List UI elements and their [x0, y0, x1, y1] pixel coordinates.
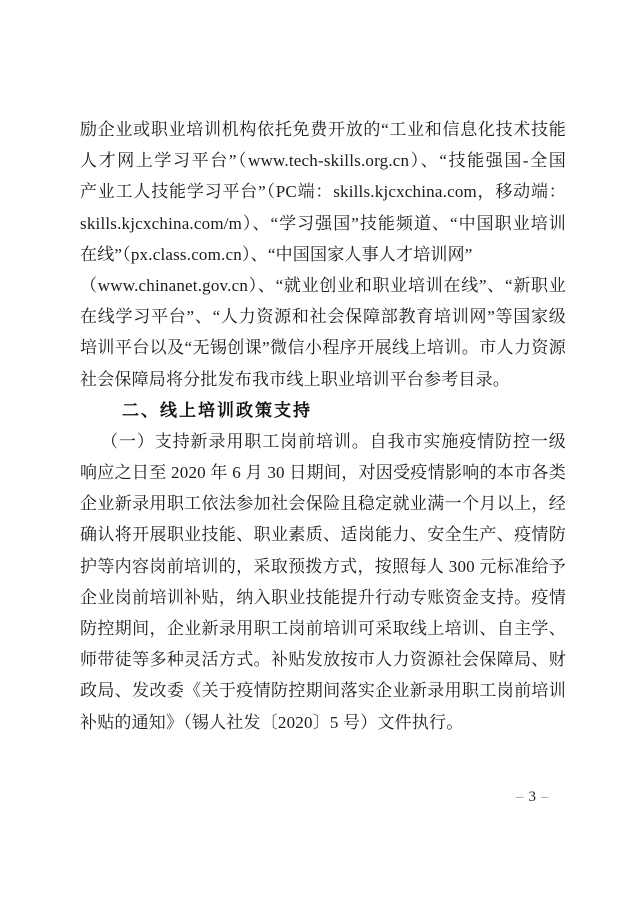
paragraph1-line-1: 励企业或职业培训机构依托免费开放的“工业和信息化技术技能 — [80, 114, 566, 145]
document-page: 励企业或职业培训机构依托免费开放的“工业和信息化技术技能 人才网上学习平台”（w… — [0, 0, 640, 905]
paragraph2-line-4: 确认将开展职业技能、职业素质、适岗能力、安全生产、疫情防 — [80, 519, 566, 550]
page-number-dash-right: – — [541, 789, 549, 805]
page-number-dash-left: – — [516, 789, 524, 805]
paragraph1-line-6: （www.chinanet.gov.cn）、“就业创业和职业培训在线”、“新职业 — [80, 270, 566, 301]
paragraph2-line-7: 防控期间，企业新录用职工岗前培训可采取线上培训、自主学、 — [80, 613, 566, 644]
paragraph2-line-5: 护等内容岗前培训的，采取预拨方式，按照每人 300 元标准给予 — [80, 551, 566, 582]
document-body: 励企业或职业培训机构依托免费开放的“工业和信息化技术技能 人才网上学习平台”（w… — [80, 114, 566, 738]
section-heading: 二、线上培训政策支持 — [80, 395, 566, 426]
paragraph2-line-2: 响应之日至 2020 年 6 月 30 日期间，对因受疫情影响的本市各类 — [80, 457, 566, 488]
paragraph1-line-8: 培训平台以及“无锡创课”微信小程序开展线上培训。市人力资源 — [80, 332, 566, 363]
page-number: –3– — [511, 787, 554, 807]
page-number-value: 3 — [529, 789, 537, 805]
paragraph1-line-4: skills.kjcxchina.com/m）、“学习强国”技能频道、“中国职业… — [80, 208, 566, 239]
paragraph1-line-7: 在线学习平台”、“人力资源和社会保障部教育培训网”等国家级 — [80, 301, 566, 332]
paragraph2-line-3: 企业新录用职工依法参加社会保险且稳定就业满一个月以上，经 — [80, 488, 566, 519]
paragraph2-line-1: （一）支持新录用职工岗前培训。自我市实施疫情防控一级 — [80, 426, 566, 457]
paragraph1-line-2: 人才网上学习平台”（www.tech-skills.org.cn）、“技能强国-… — [80, 145, 566, 176]
paragraph1-line-3: 产业工人技能学习平台”（PC端：skills.kjcxchina.com，移动端… — [80, 176, 566, 207]
paragraph1-line-9: 社会保障局将分批发布我市线上职业培训平台参考目录。 — [80, 364, 566, 395]
paragraph2-line-8: 师带徒等多种灵活方式。补贴发放按市人力资源社会保障局、财 — [80, 644, 566, 675]
paragraph2-line-10: 补贴的通知》（锡人社发〔2020〕5 号）文件执行。 — [80, 707, 566, 738]
paragraph2-line-6: 企业岗前培训补贴，纳入职业技能提升行动专账资金支持。疫情 — [80, 582, 566, 613]
paragraph1-line-5: 在线”（px.class.com.cn）、“中国国家人事人才培训网” — [80, 239, 566, 270]
paragraph2-line-9: 政局、发改委《关于疫情防控期间落实企业新录用职工岗前培训 — [80, 675, 566, 706]
